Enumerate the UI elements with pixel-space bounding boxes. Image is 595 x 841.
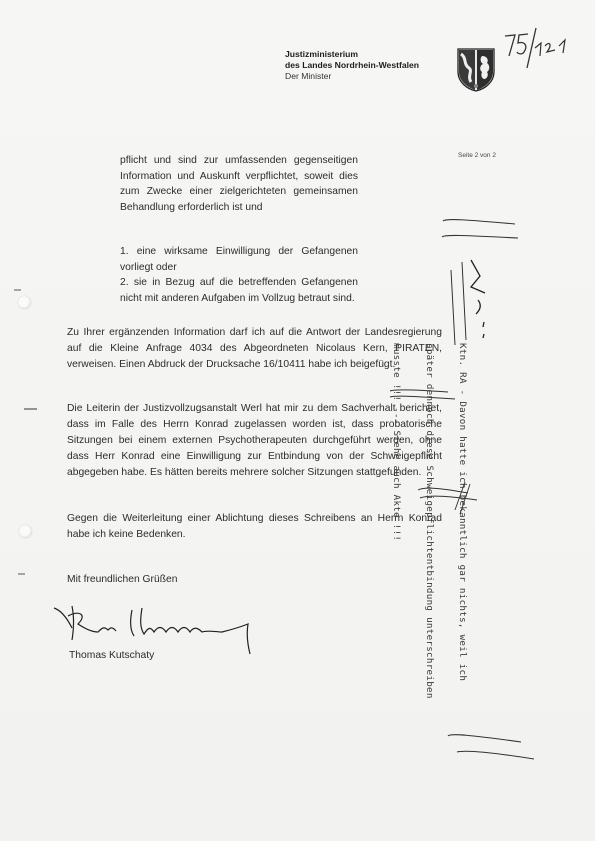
nrw-coat-of-arms-icon: [457, 48, 495, 92]
office-title: Der Minister: [285, 71, 419, 82]
closing-salutation: Mit freundlichen Grüßen: [67, 574, 177, 585]
page-indicator: Seite 2 von 2: [458, 152, 496, 159]
punch-hole: [18, 296, 31, 309]
signature: [52, 598, 262, 658]
state-name: des Landes Nordrhein-Westfalen: [285, 60, 419, 71]
body-paragraph-1: pflicht und sind zur umfassenden gegense…: [120, 153, 358, 215]
ministry-name: Justizministerium: [285, 49, 419, 60]
letter-page: Justizministerium des Landes Nordrhein-W…: [0, 0, 595, 841]
annotation-line: musste !!! --- Siehe auch Akte !!!: [391, 343, 402, 699]
punch-hole: [19, 525, 32, 538]
letterhead: Justizministerium des Landes Nordrhein-W…: [285, 49, 419, 82]
annotation-line: später dennoch diese Schweigepflichtentb…: [424, 343, 435, 699]
list-item: 2. sie in Bezug auf die betreffenden Gef…: [120, 275, 358, 306]
typed-margin-annotation: Ktn. RA - Davon hatte ich bekanntlich ga…: [369, 343, 490, 699]
signer-name: Thomas Kutschaty: [69, 650, 154, 661]
paragraph-text: pflicht und sind zur umfassenden gegense…: [120, 153, 358, 215]
annotation-line: Ktn. RA - Davon hatte ich bekanntlich ga…: [457, 343, 468, 699]
handwritten-reference-number: [503, 26, 575, 70]
conditions-list: 1. eine wirksame Einwilligung der Gefang…: [120, 244, 358, 306]
list-item: 1. eine wirksame Einwilligung der Gefang…: [120, 244, 358, 275]
